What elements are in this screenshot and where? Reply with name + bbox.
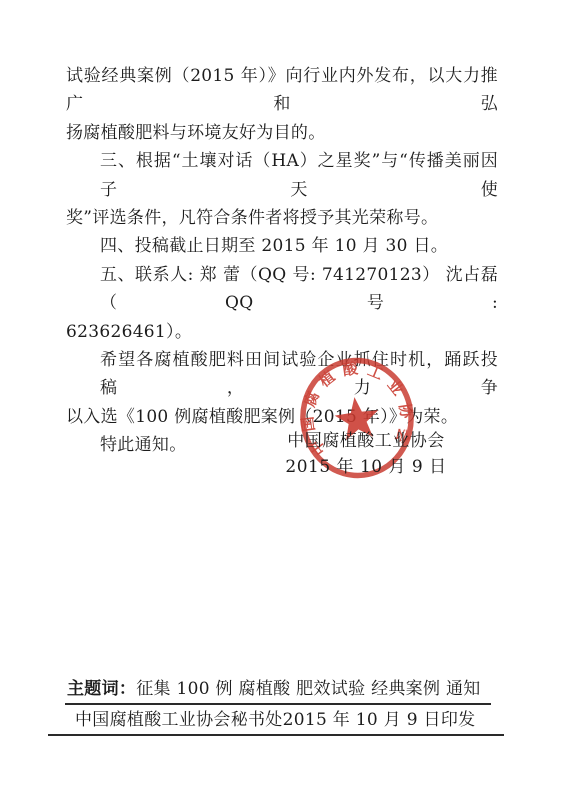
body-line: 试验经典案例（2015 年）》向行业内外发布，以大力推广和弘 — [66, 62, 498, 119]
body-line: 三、根据“土壤对话（HA）之星奖”与“传播美丽因子天使 — [66, 147, 498, 204]
keywords-value: 征集 100 例 腐植酸 肥效试验 经典案例 通知 — [136, 679, 480, 699]
signature-org: 中国腐植酸工业协会 — [280, 426, 452, 451]
body-line: 五、联系人: 郑 蕾（QQ 号: 741270123） 沈占磊（QQ 号: — [66, 261, 498, 318]
issue-date: 2015 年 10 月 9 日印发 — [283, 705, 476, 730]
body-line: 希望各腐植酸肥料田间试验企业抓住时机，踊跃投稿，力争 — [66, 346, 498, 403]
keywords-label: 主题词： — [67, 679, 136, 699]
notice-page: 试验经典案例（2015 年）》向行业内外发布，以大力推广和弘 扬腐植酸肥料与环境… — [0, 0, 564, 797]
body-line: 奖”评选条件，凡符合条件者将授予其光荣称号。 — [66, 204, 498, 232]
footer-issuer-row: 中国腐植酸工业协会秘书处 2015 年 10 月 9 日印发 — [48, 705, 504, 736]
body-line: 623626461）。 — [66, 318, 498, 346]
issuer-name: 中国腐植酸工业协会秘书处 — [75, 705, 283, 730]
body-line: 四、投稿截止日期至 2015 年 10 月 30 日。 — [66, 232, 498, 260]
notice-body: 试验经典案例（2015 年）》向行业内外发布，以大力推广和弘 扬腐植酸肥料与环境… — [66, 62, 498, 460]
body-line: 扬腐植酸肥料与环境友好为目的。 — [66, 119, 498, 147]
footer-keywords-row: 主题词：征集 100 例 腐植酸 肥效试验 经典案例 通知 — [65, 674, 491, 705]
signature-date: 2015 年 10 月 9 日 — [280, 452, 452, 477]
